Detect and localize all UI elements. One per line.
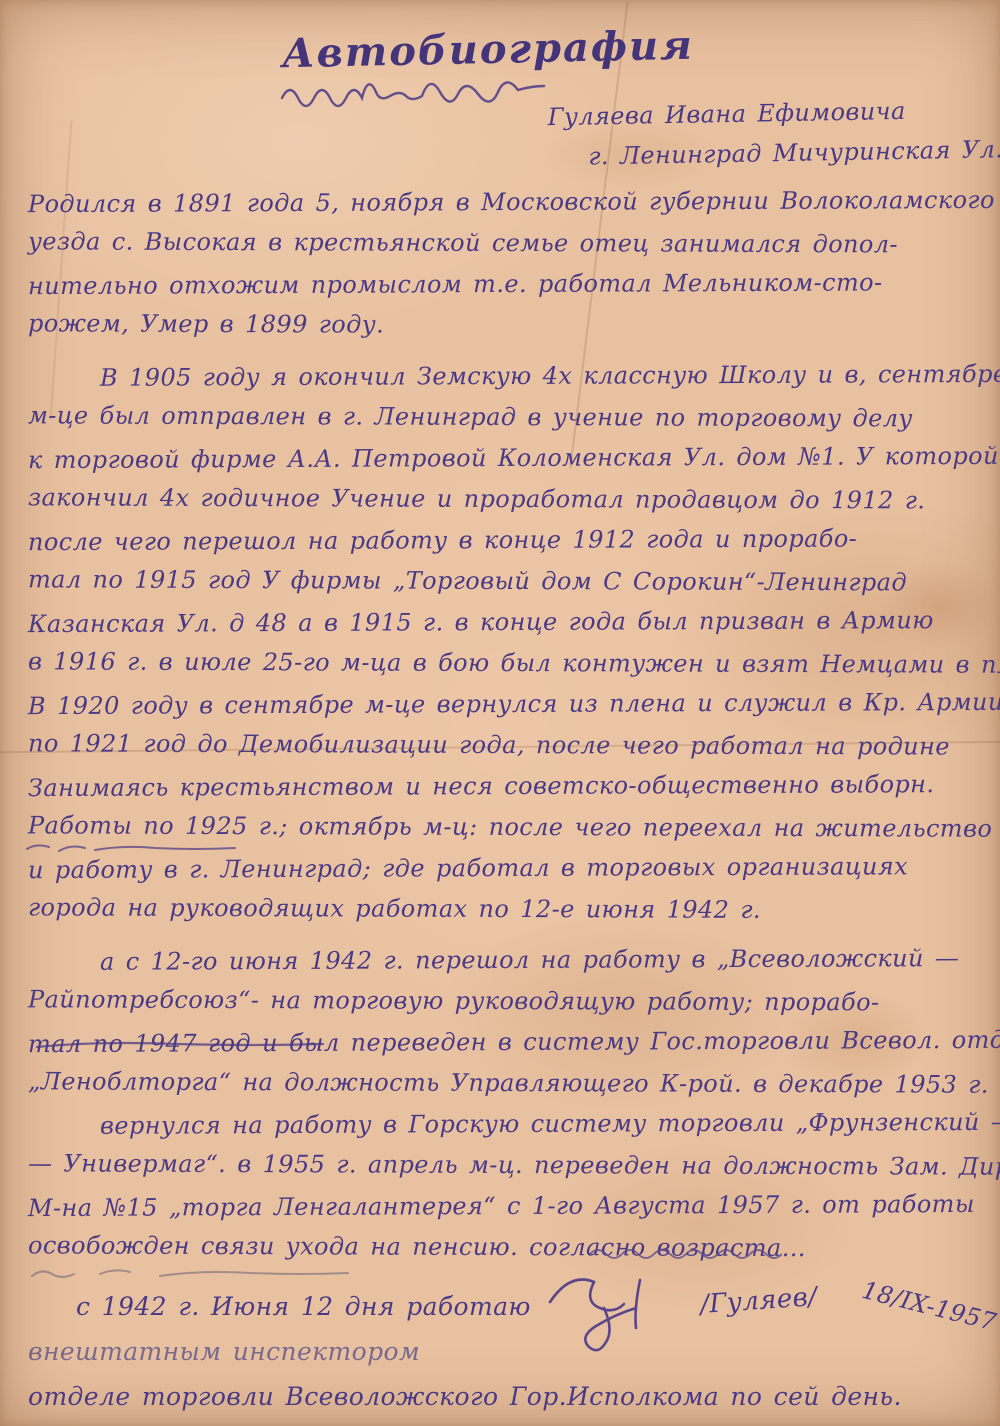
handwritten-line: Казанская Ул. д 48 а в 1915 г. в конце г… — [28, 600, 988, 645]
handwritten-line: В 1920 году в сентябре м-це вернулся из … — [28, 682, 988, 727]
handwritten-line: — Универмаг“. в 1955 г. апрель м-ц. пере… — [28, 1143, 988, 1187]
handwritten-line: М-на №15 „торга Ленгалантерея“ с 1-го Ав… — [28, 1184, 988, 1229]
handwritten-line: по 1921 год до Демобилизации года, после… — [28, 723, 988, 767]
handwritten-line: вернулся на работу в Горскую систему тор… — [28, 1102, 988, 1147]
handwritten-line: „Леноблторга“ на должность Управляющего … — [28, 1061, 988, 1105]
handwritten-line: Родился в 1891 года 5, ноября в Московск… — [28, 180, 988, 225]
signature-area: /Гуляев/ 18/IX-1957 г. — [540, 1262, 990, 1392]
handwritten-line: закончил 4х годичное Учение и проработал… — [28, 477, 988, 521]
handwritten-line: и работу в г. Ленинград; где работал в т… — [28, 846, 988, 891]
signature-name: /Гуляев/ — [699, 1282, 818, 1320]
document-title: Автобиография — [282, 22, 695, 78]
handwritten-line: после чего перешол на работу в конце 191… — [28, 518, 988, 563]
handwritten-line: рожем, Умер в 1899 году. — [28, 303, 988, 347]
signature-date: 18/IX-1957 г. — [859, 1276, 1000, 1344]
handwritten-line: а с 12-го июня 1942 г. перешол на работу… — [28, 938, 988, 983]
handwritten-line: В 1905 году я окончил Земскую 4х классну… — [28, 354, 988, 399]
handwritten-line: м-це был отправлен в г. Ленинград в учен… — [28, 395, 988, 439]
handwritten-line: города на руководящих работах по 12-е ию… — [28, 887, 988, 931]
handwritten-line: к торговой фирме А.А. Петровой Коломенск… — [28, 436, 988, 481]
signature-flourish — [540, 1262, 700, 1372]
handwritten-line: Райпотребсоюз“- на торговую руководящую … — [28, 979, 988, 1023]
handwritten-line: тал по 1947 год и был переведен в систем… — [28, 1020, 988, 1065]
header-block: Гуляева Ивана Ефимовича г. Ленинград Мич… — [547, 87, 1000, 177]
pencil-strike — [30, 1268, 350, 1282]
handwritten-line: Занимаясь крестьянством и неся советско-… — [28, 764, 988, 809]
handwritten-line: нительно отхожим промыслом т.е. работал … — [28, 262, 988, 307]
handwritten-line: уезда с. Высокая в крестьянской семье от… — [28, 221, 988, 265]
handwritten-line: в 1916 г. в июле 25-го м-ца в бою был ко… — [28, 641, 988, 685]
handwritten-line: тал по 1915 год У фирмы „Торговый дом С … — [28, 559, 988, 603]
body-text: Родился в 1891 года 5, ноября в Московск… — [28, 182, 988, 1268]
handwritten-line: Работы по 1925 г.; октябрь м-ц: после че… — [28, 805, 988, 849]
scanned-document-page: Автобиография Гуляева Ивана Ефимовича г.… — [0, 0, 1000, 1426]
